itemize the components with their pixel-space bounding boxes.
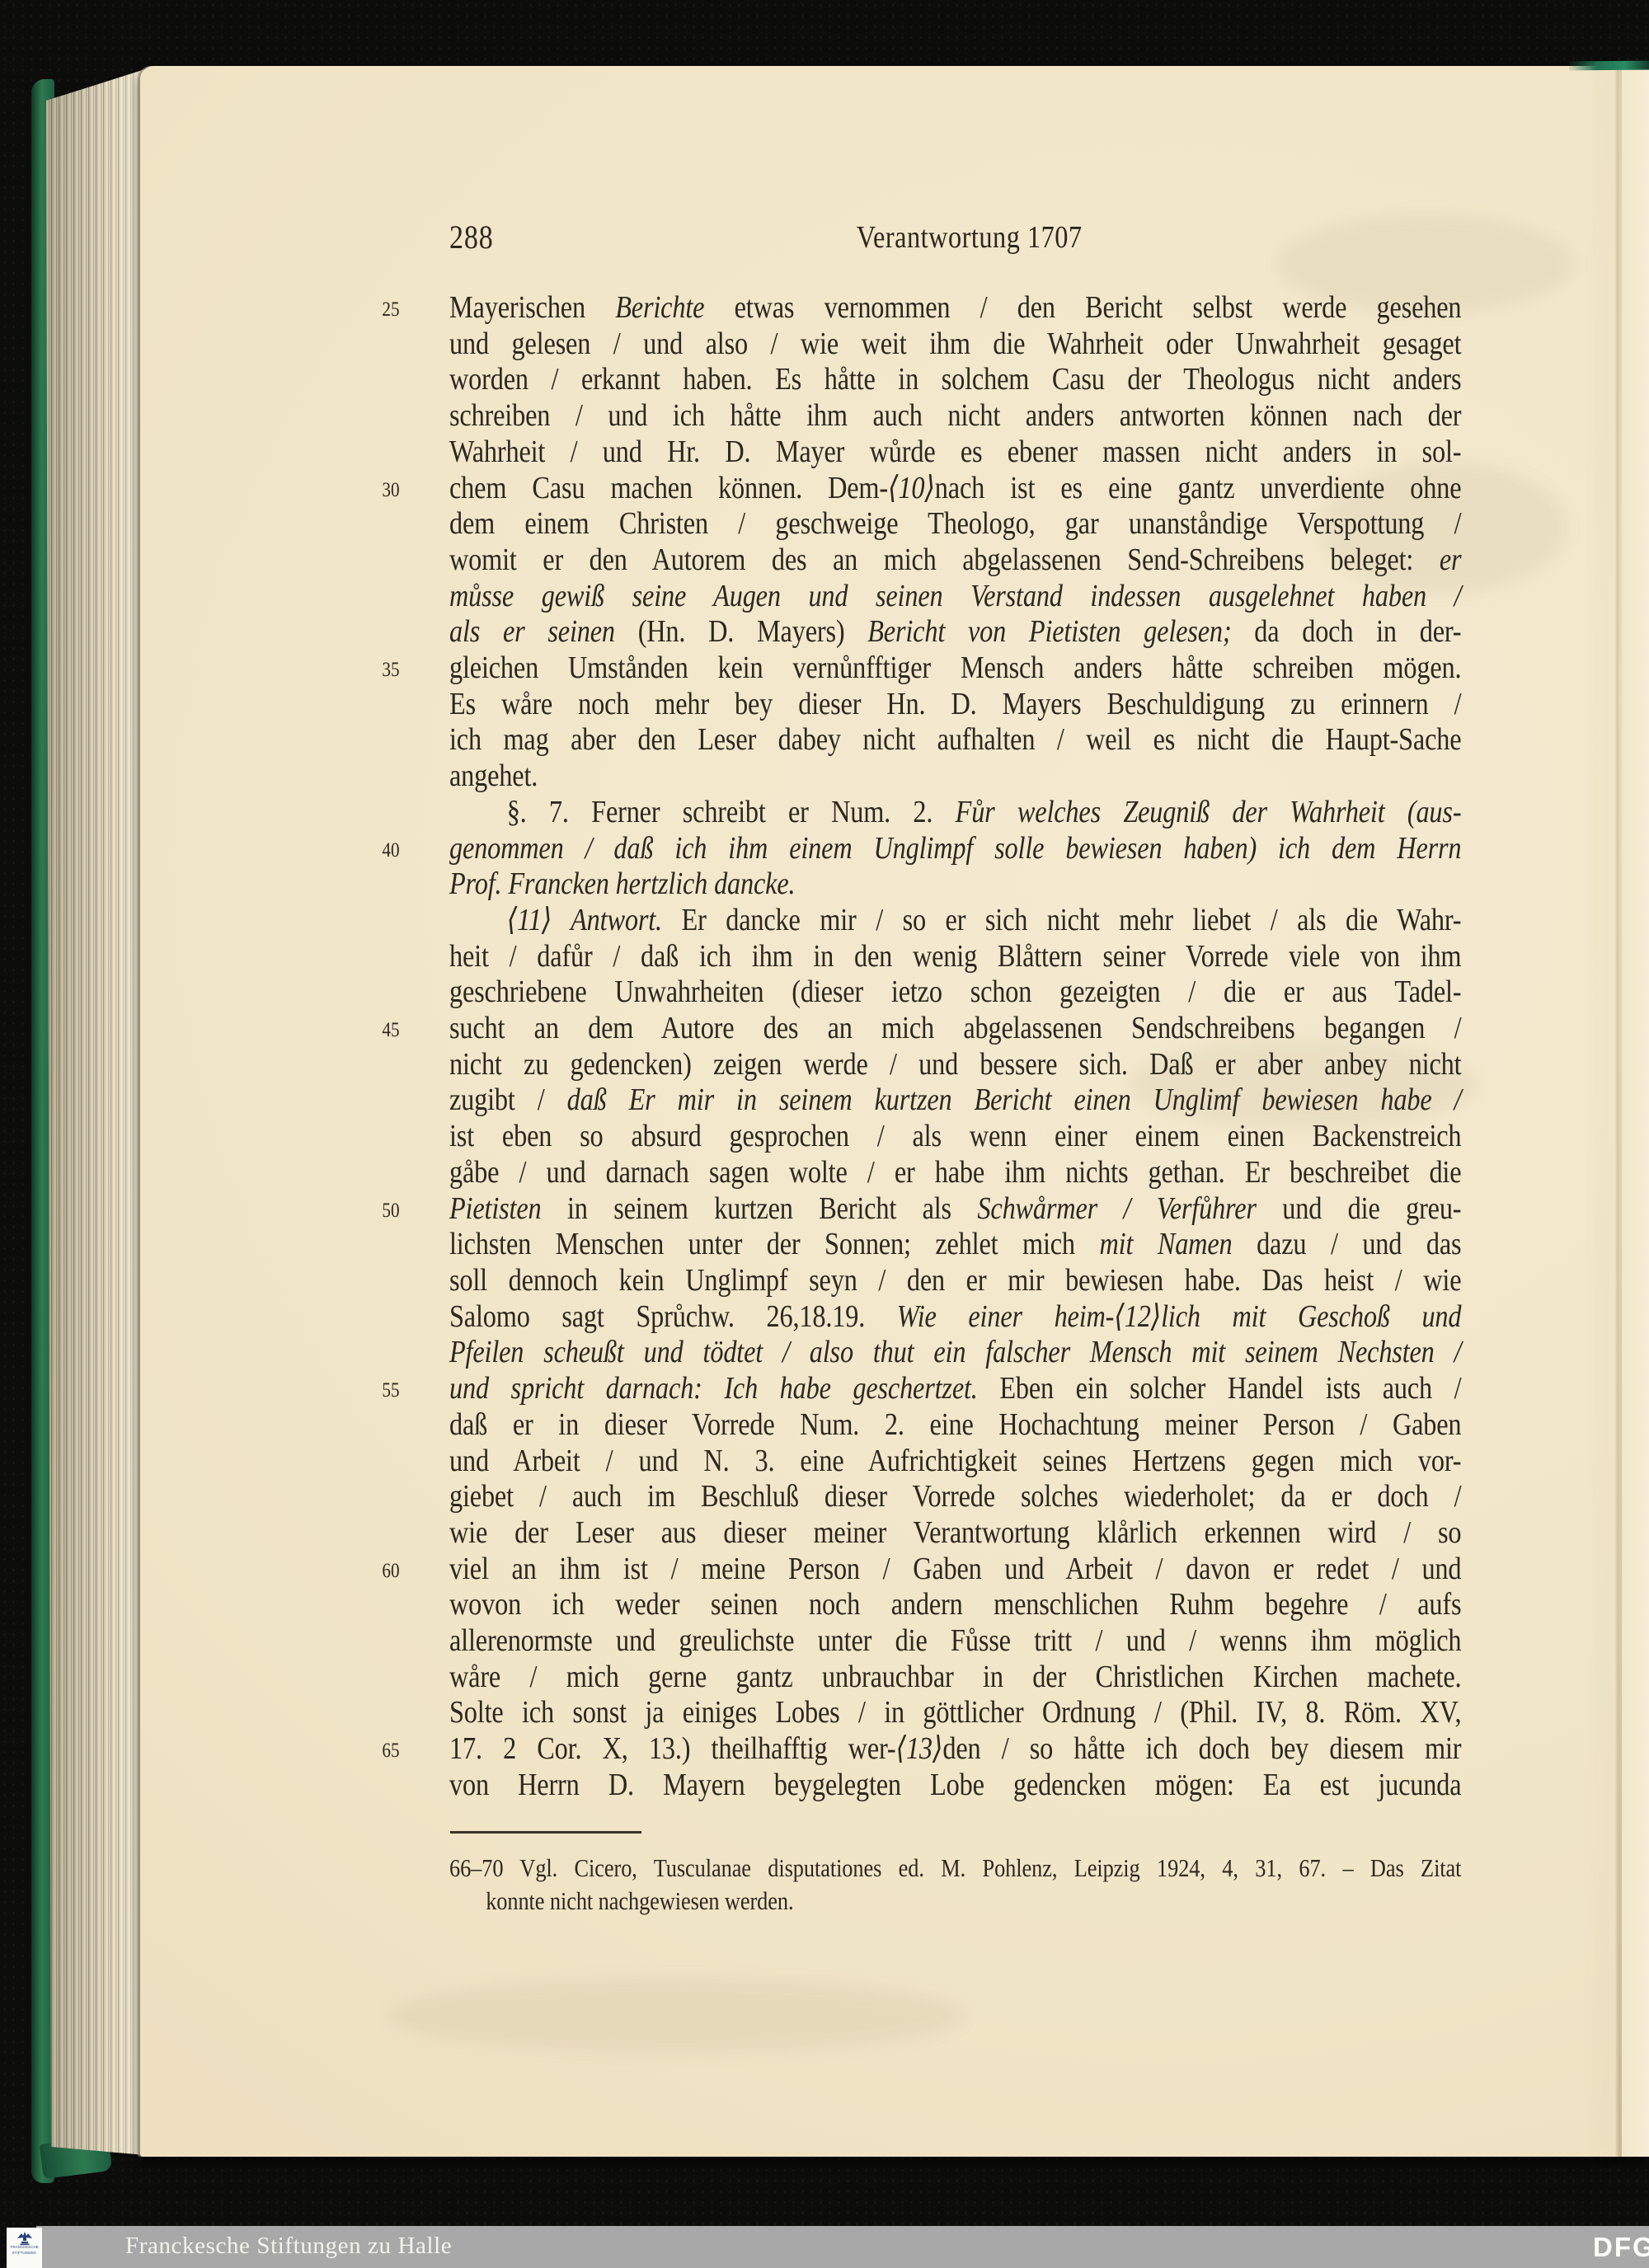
text-line: Prof. Francken hertzlich dancke. xyxy=(449,866,1461,903)
footnote-rule xyxy=(450,1831,641,1834)
text-segment: giebet / auch im Beschluß dieser Vorrede… xyxy=(449,1479,1461,1514)
text-segment: geschriebene Unwahrheiten (dieser ietzo … xyxy=(449,974,1461,1009)
text-segment: und gelesen / und also / wie weit ihm di… xyxy=(449,326,1461,361)
text-segment: wåre / mich gerne gantz unbrauchbar in d… xyxy=(449,1660,1461,1694)
text-segment: dazu / und das xyxy=(1232,1227,1461,1261)
text-segment: ich mag aber den Leser dabey nicht aufha… xyxy=(449,722,1461,757)
text-segment: den / so håtte ich doch bey diesem mir xyxy=(942,1731,1461,1766)
text-segment: chem Casu machen können. Dem- xyxy=(449,471,888,505)
text-segment: etwas vernommen / den Bericht selbst wer… xyxy=(704,290,1461,325)
italic-text-segment: daß Er mir in seinem kurtzen Bericht ein… xyxy=(567,1082,1462,1117)
italic-text-segment: můsse gewiß seine Augen und seinen Verst… xyxy=(449,579,1461,613)
text-line: ist eben so absurd gesprochen / als wenn… xyxy=(449,1119,1461,1155)
text-line: giebet / auch im Beschluß dieser Vorrede… xyxy=(449,1479,1461,1515)
dfg-logo: DFG xyxy=(1593,2232,1649,2263)
text-line: heit / dafůr / daß ich ihm in den wenig … xyxy=(449,939,1461,975)
text-segment: 17. 2 Cor. X, 13.) theilhafftig wer- xyxy=(449,1731,896,1766)
text-line: 25Mayerischen Berichte etwas vernommen /… xyxy=(449,290,1461,326)
text-segment: daß er in dieser Vorrede Num. 2. eine Ho… xyxy=(449,1407,1461,1442)
text-line: 30chem Casu machen können. Dem-⟨10⟩nach … xyxy=(449,471,1461,507)
scanned-book-viewer: 288 Verantwortung 1707 25Mayerischen Ber… xyxy=(0,0,1649,2268)
italic-text-segment: und spricht darnach: Ich habe geschertze… xyxy=(449,1371,978,1406)
text-line: zugibt / daß Er mir in seinem kurtzen Be… xyxy=(449,1082,1461,1119)
running-header: Verantwortung 1707 xyxy=(463,219,1475,256)
institution-logo: FRANCKESCHE STIFTUNGEN xyxy=(7,2228,42,2268)
text-line: 60viel an ihm ist / meine Person / Gaben… xyxy=(449,1552,1461,1588)
text-segment: lichsten Menschen unter der Sonnen; zehl… xyxy=(449,1227,1099,1261)
text-line: geschriebene Unwahrheiten (dieser ietzo … xyxy=(449,974,1461,1011)
body-text: 25Mayerischen Berichte etwas vernommen /… xyxy=(449,290,1461,1804)
text-line: 35gleichen Umstånden kein vernůnfftiger … xyxy=(449,650,1461,687)
text-line: wåre / mich gerne gantz unbrauchbar in d… xyxy=(449,1660,1461,1696)
text-segment: von Herrn D. Mayern beygelegten Lobe ged… xyxy=(449,1768,1461,1802)
page-gutter-area xyxy=(1622,66,1649,2157)
italic-text-segment: genommen / daß ich ihm einem Unglimpf so… xyxy=(449,831,1461,866)
italic-text-segment: Wie einer heim-⟨12⟩lich mit Geschoß und xyxy=(897,1299,1462,1334)
text-line: und Arbeit / und N. 3. eine Aufrichtigke… xyxy=(449,1444,1461,1480)
text-line: wovon ich weder seinen noch andern mensc… xyxy=(449,1587,1461,1623)
text-segment: heit / dafůr / daß ich ihm in den wenig … xyxy=(449,939,1461,974)
footnote: 66–70 Vgl. Cicero, Tusculanae disputatio… xyxy=(449,1852,1461,1918)
text-segment: dem einem Christen / geschweige Theologo… xyxy=(449,506,1461,541)
italic-text-segment: Berichte xyxy=(615,290,704,325)
text-segment: angehet. xyxy=(449,758,538,793)
text-line: daß er in dieser Vorrede Num. 2. eine Ho… xyxy=(449,1407,1461,1444)
eagle-emblem-icon xyxy=(16,2231,33,2246)
text-line: gåbe / und darnach sagen wolte / er habe… xyxy=(449,1155,1461,1191)
text-segment: wovon ich weder seinen noch andern mensc… xyxy=(449,1587,1461,1622)
text-line: womit er den Autorem des an mich abgelas… xyxy=(449,542,1461,579)
text-line: angehet. xyxy=(449,758,1461,795)
text-segment: Er dancke mir / so er sich nicht mehr li… xyxy=(662,903,1461,937)
line-number: 25 xyxy=(382,292,424,328)
text-line: §. 7. Ferner schreibt er Num. 2. Fůr wel… xyxy=(449,795,1461,831)
text-line: 66–70 Vgl. Cicero, Tusculanae disputatio… xyxy=(449,1852,1461,1885)
line-number: 35 xyxy=(382,652,424,688)
italic-text-segment: Prof. Francken hertzlich dancke. xyxy=(449,866,795,901)
italic-text-segment: als er seinen xyxy=(449,614,638,649)
text-segment: da doch in der- xyxy=(1231,614,1461,649)
text-segment: nach ist es eine gantz unverdiente ohne xyxy=(935,471,1462,505)
text-line: Salomo sagt Sprůchw. 26,18.19. Wie einer… xyxy=(449,1299,1461,1336)
text-segment: und Arbeit / und N. 3. eine Aufrichtigke… xyxy=(449,1444,1461,1478)
text-line: Wahrheit / und Hr. D. Mayer wůrde es ebe… xyxy=(449,434,1461,471)
book-cover-sliver xyxy=(1569,61,1649,71)
text-segment: (Hn. D. Mayers) xyxy=(638,614,868,649)
italic-text-segment: ⟨13⟩ xyxy=(896,1731,943,1766)
text-segment: wie der Leser aus dieser meiner Verantwo… xyxy=(449,1515,1461,1550)
text-segment: gleichen Umstånden kein vernůnfftiger Me… xyxy=(449,650,1461,685)
text-segment: allerenormste und greulichste unter die … xyxy=(449,1623,1461,1658)
line-number: 30 xyxy=(382,472,424,509)
text-line: můsse gewiß seine Augen und seinen Verst… xyxy=(449,579,1461,615)
text-segment: Solte ich sonst ja einiges Lobes / in gö… xyxy=(449,1695,1461,1730)
text-line: Pfeilen scheußt und tödtet / also thut e… xyxy=(449,1335,1461,1371)
text-line: schreiben / und ich håtte ihm auch nicht… xyxy=(449,398,1461,434)
text-segment: konnte nicht nachgewiesen werden. xyxy=(486,1886,793,1915)
book-page-edges xyxy=(46,66,145,2158)
show-through-smudge xyxy=(388,1979,965,2053)
text-segment: womit er den Autorem des an mich abgelas… xyxy=(449,542,1440,577)
italic-text-segment: er xyxy=(1440,542,1462,577)
text-line: 50Pietisten in seinem kurtzen Bericht al… xyxy=(449,1191,1461,1228)
text-segment: Eben ein solcher Handel ists auch / xyxy=(978,1371,1462,1406)
text-line: allerenormste und greulichste unter die … xyxy=(449,1623,1461,1660)
text-segment: Wahrheit / und Hr. D. Mayer wůrde es ebe… xyxy=(449,434,1461,469)
line-number: 55 xyxy=(382,1373,424,1409)
text-line: lichsten Menschen unter der Sonnen; zehl… xyxy=(449,1227,1461,1263)
line-number: 60 xyxy=(382,1553,424,1589)
text-segment: worden / erkannt haben. Es håtte in solc… xyxy=(449,362,1461,397)
text-line: 6517. 2 Cor. X, 13.) theilhafftig wer-⟨1… xyxy=(449,1731,1461,1768)
text-segment: sucht an dem Autore des an mich abgelass… xyxy=(449,1011,1461,1045)
text-line: konnte nicht nachgewiesen werden. xyxy=(449,1885,1461,1918)
italic-text-segment: Pfeilen scheußt und tödtet / also thut e… xyxy=(449,1335,1461,1369)
text-line: soll dennoch kein Unglimpf seyn / den er… xyxy=(449,1263,1461,1299)
text-segment: zugibt / xyxy=(449,1082,567,1117)
text-line: worden / erkannt haben. Es håtte in solc… xyxy=(449,362,1461,398)
text-segment: in seinem kurtzen Bericht als xyxy=(541,1191,977,1226)
text-line: ⟨11⟩ Antwort. Er dancke mir / so er sich… xyxy=(449,903,1461,939)
line-number: 65 xyxy=(382,1733,424,1769)
italic-text-segment: Schwårmer / Verfůhrer xyxy=(977,1191,1256,1226)
text-segment: soll dennoch kein Unglimpf seyn / den er… xyxy=(449,1263,1461,1298)
text-line: wie der Leser aus dieser meiner Verantwo… xyxy=(449,1515,1461,1552)
text-segment: Salomo sagt Sprůchw. 26,18.19. xyxy=(449,1299,897,1334)
italic-text-segment: mit Namen xyxy=(1099,1227,1232,1261)
line-number: 45 xyxy=(382,1012,424,1049)
text-segment: viel an ihm ist / meine Person / Gaben u… xyxy=(449,1552,1461,1586)
text-segment: nicht zu gedencken) zeigen werde / und b… xyxy=(449,1047,1461,1082)
line-number: 40 xyxy=(382,833,424,869)
text-line: als er seinen (Hn. D. Mayers) Bericht vo… xyxy=(449,614,1461,650)
text-line: und gelesen / und also / wie weit ihm di… xyxy=(449,326,1461,363)
text-line: von Herrn D. Mayern beygelegten Lobe ged… xyxy=(449,1768,1461,1804)
italic-text-segment: ⟨10⟩ xyxy=(888,471,935,505)
text-line: 45sucht an dem Autore des an mich abgela… xyxy=(449,1011,1461,1047)
text-segment: ist eben so absurd gesprochen / als wenn… xyxy=(449,1119,1461,1153)
text-line: 40genommen / daß ich ihm einem Unglimpf … xyxy=(449,831,1461,867)
italic-text-segment: ⟨11⟩ Antwort. xyxy=(507,903,662,937)
text-line: Solte ich sonst ja einiges Lobes / in gö… xyxy=(449,1695,1461,1731)
text-segment: schreiben / und ich håtte ihm auch nicht… xyxy=(449,398,1461,433)
text-segment: gåbe / und darnach sagen wolte / er habe… xyxy=(449,1155,1461,1190)
text-line: dem einem Christen / geschweige Theologo… xyxy=(449,506,1461,542)
logo-text-line2: STIFTUNGEN xyxy=(12,2252,36,2256)
text-segment: 66–70 Vgl. Cicero, Tusculanae disputatio… xyxy=(449,1853,1461,1882)
text-segment: Es wåre noch mehr bey dieser Hn. D. Maye… xyxy=(449,687,1461,721)
institution-name: Franckesche Stiftungen zu Halle xyxy=(125,2233,452,2260)
text-segment: §. 7. Ferner schreibt er Num. 2. xyxy=(507,795,956,829)
line-number: 50 xyxy=(382,1193,424,1229)
italic-text-segment: Fůr welches Zeugniß der Wahrheit (aus- xyxy=(956,795,1462,829)
text-line: nicht zu gedencken) zeigen werde / und b… xyxy=(449,1047,1461,1083)
text-segment: und die greu- xyxy=(1257,1191,1462,1226)
text-segment: Mayerischen xyxy=(449,290,615,325)
text-line: ich mag aber den Leser dabey nicht aufha… xyxy=(449,722,1461,758)
logo-text-line1: FRANCKESCHE xyxy=(10,2246,38,2250)
italic-text-segment: Bericht von Pietisten gelesen; xyxy=(867,614,1231,649)
text-line: Es wåre noch mehr bey dieser Hn. D. Maye… xyxy=(449,687,1461,723)
italic-text-segment: Pietisten xyxy=(449,1191,541,1226)
text-line: 55und spricht darnach: Ich habe geschert… xyxy=(449,1371,1461,1407)
